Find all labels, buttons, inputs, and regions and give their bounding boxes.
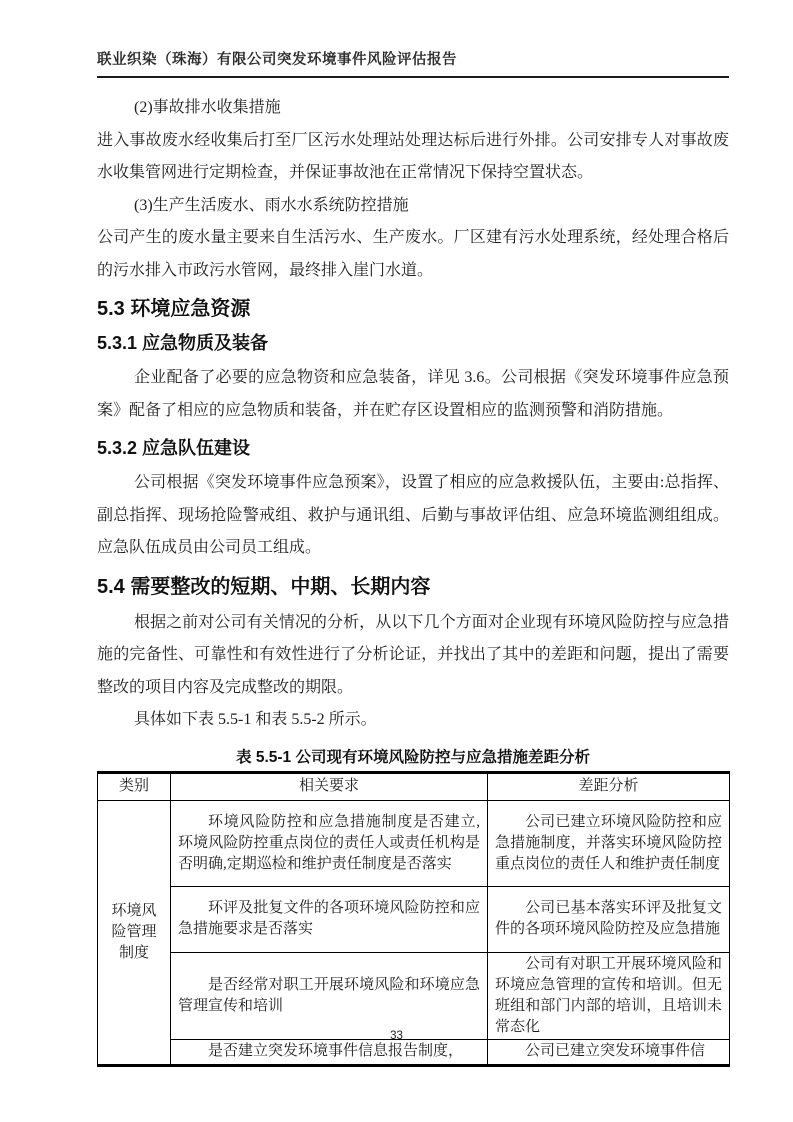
- requirement-cell: 是否经常对职工开展环境风险和环境应急管理宣传和培训: [171, 952, 488, 1039]
- requirement-cell: 环评及批复文件的各项环境风险防控和应急措施要求是否落实: [171, 886, 488, 952]
- table-row: 是否建立突发环境事件信息报告制度， 公司已建立突发环境事件信: [98, 1039, 730, 1065]
- heading-5-3-2: 5.3.2 应急队伍建设: [97, 436, 729, 460]
- gap-text: 公司已基本落实环评及批复文件的各项环境风险防控及应急措施: [495, 898, 722, 940]
- table-row: 环境风险管理制度 环境风险防控和应急措施制度是否建立,环境风险防控重点岗位的责任…: [98, 800, 730, 886]
- paragraph-accident-drainage: 进入事故废水经收集后打至厂区污水处理站处理达标后进行外排。公司安排专人对事故废水…: [97, 125, 729, 190]
- page-number: 33: [0, 1030, 793, 1042]
- running-header-title: 联业织染（珠海）有限公司突发环境事件风险评估报告: [97, 48, 729, 69]
- gap-cell: 公司有对职工开展环境风险和环境应急管理的宣传和培训。但无班组和部门内部的培训，且…: [488, 952, 730, 1039]
- requirement-cell: 环境风险防控和应急措施制度是否建立,环境风险防控重点岗位的责任人或责任机构是否明…: [171, 800, 488, 886]
- paragraph-wastewater-system: 公司产生的废水量主要来自生活污水、生产废水。厂区建有污水处理系统，经处理合格后的…: [97, 222, 729, 287]
- table-header-row: 类别 相关要求 差距分析: [98, 772, 730, 800]
- paragraph-5-3-1: 企业配备了必要的应急物资和应急装备，详见 3.6。公司根据《突发环境事件应急预案…: [97, 362, 729, 427]
- gap-analysis-table: 类别 相关要求 差距分析 环境风险管理制度 环境风险防控和应急措施制度是否建立,…: [97, 771, 730, 1067]
- requirement-text: 是否建立突发环境事件信息报告制度，: [178, 1041, 480, 1062]
- document-body: (2)事故排水收集措施 进入事故废水经收集后打至厂区污水处理站处理达标后进行外排…: [97, 92, 729, 1067]
- gap-cell: 公司已建立环境风险防控和应急措施制度，并落实环境风险防控重点岗位的责任人和维护责…: [488, 800, 730, 886]
- category-cell: 环境风险管理制度: [98, 800, 171, 1065]
- gap-cell: 公司已基本落实环评及批复文件的各项环境风险防控及应急措施: [488, 886, 730, 952]
- heading-5-4: 5.4 需要整改的短期、中期、长期内容: [97, 574, 729, 600]
- requirement-cell: 是否建立突发环境事件信息报告制度，: [171, 1039, 488, 1065]
- gap-text: 公司已建立环境风险防控和应急措施制度，并落实环境风险防控重点岗位的责任人和维护责…: [495, 812, 722, 875]
- table-row: 是否经常对职工开展环境风险和环境应急管理宣传和培训 公司有对职工开展环境风险和环…: [98, 952, 730, 1039]
- heading-5-3: 5.3 环境应急资源: [97, 296, 729, 322]
- document-page: 联业织染（珠海）有限公司突发环境事件风险评估报告 (2)事故排水收集措施 进入事…: [0, 0, 793, 1122]
- heading-5-3-1: 5.3.1 应急物质及装备: [97, 331, 729, 355]
- column-header-category: 类别: [98, 772, 171, 800]
- gap-cell: 公司已建立突发环境事件信: [488, 1039, 730, 1065]
- gap-text: 公司已建立突发环境事件信: [495, 1041, 722, 1062]
- list-heading-accident-drainage: (2)事故排水收集措施: [97, 92, 729, 125]
- table-row: 环评及批复文件的各项环境风险防控和应急措施要求是否落实 公司已基本落实环评及批复…: [98, 886, 730, 952]
- column-header-requirement: 相关要求: [171, 772, 488, 800]
- gap-text: 公司有对职工开展环境风险和环境应急管理的宣传和培训。但无班组和部门内部的培训，且…: [495, 954, 722, 1038]
- column-header-gap: 差距分析: [488, 772, 730, 800]
- table-caption: 表 5.5-1 公司现有环境风险防控与应急措施差距分析: [97, 745, 729, 767]
- requirement-text: 环评及批复文件的各项环境风险防控和应急措施要求是否落实: [178, 898, 480, 940]
- running-header: 联业织染（珠海）有限公司突发环境事件风险评估报告: [97, 0, 729, 78]
- paragraph-5-3-2: 公司根据《突发环境事件应急预案》，设置了相应的应急救援队伍，主要由:总指挥、副总…: [97, 467, 729, 565]
- paragraph-5-4-intro: 根据之前对公司有关情况的分析，从以下几个方面对企业现有环境风险防控与应急措施的完…: [97, 607, 729, 705]
- requirement-text: 环境风险防控和应急措施制度是否建立,环境风险防控重点岗位的责任人或责任机构是否明…: [178, 812, 480, 875]
- list-heading-wastewater-system: (3)生产生活废水、雨水水系统防控措施: [97, 190, 729, 223]
- paragraph-5-4-tables-ref: 具体如下表 5.5-1 和表 5.5-2 所示。: [97, 704, 729, 737]
- requirement-text: 是否经常对职工开展环境风险和环境应急管理宣传和培训: [178, 975, 480, 1017]
